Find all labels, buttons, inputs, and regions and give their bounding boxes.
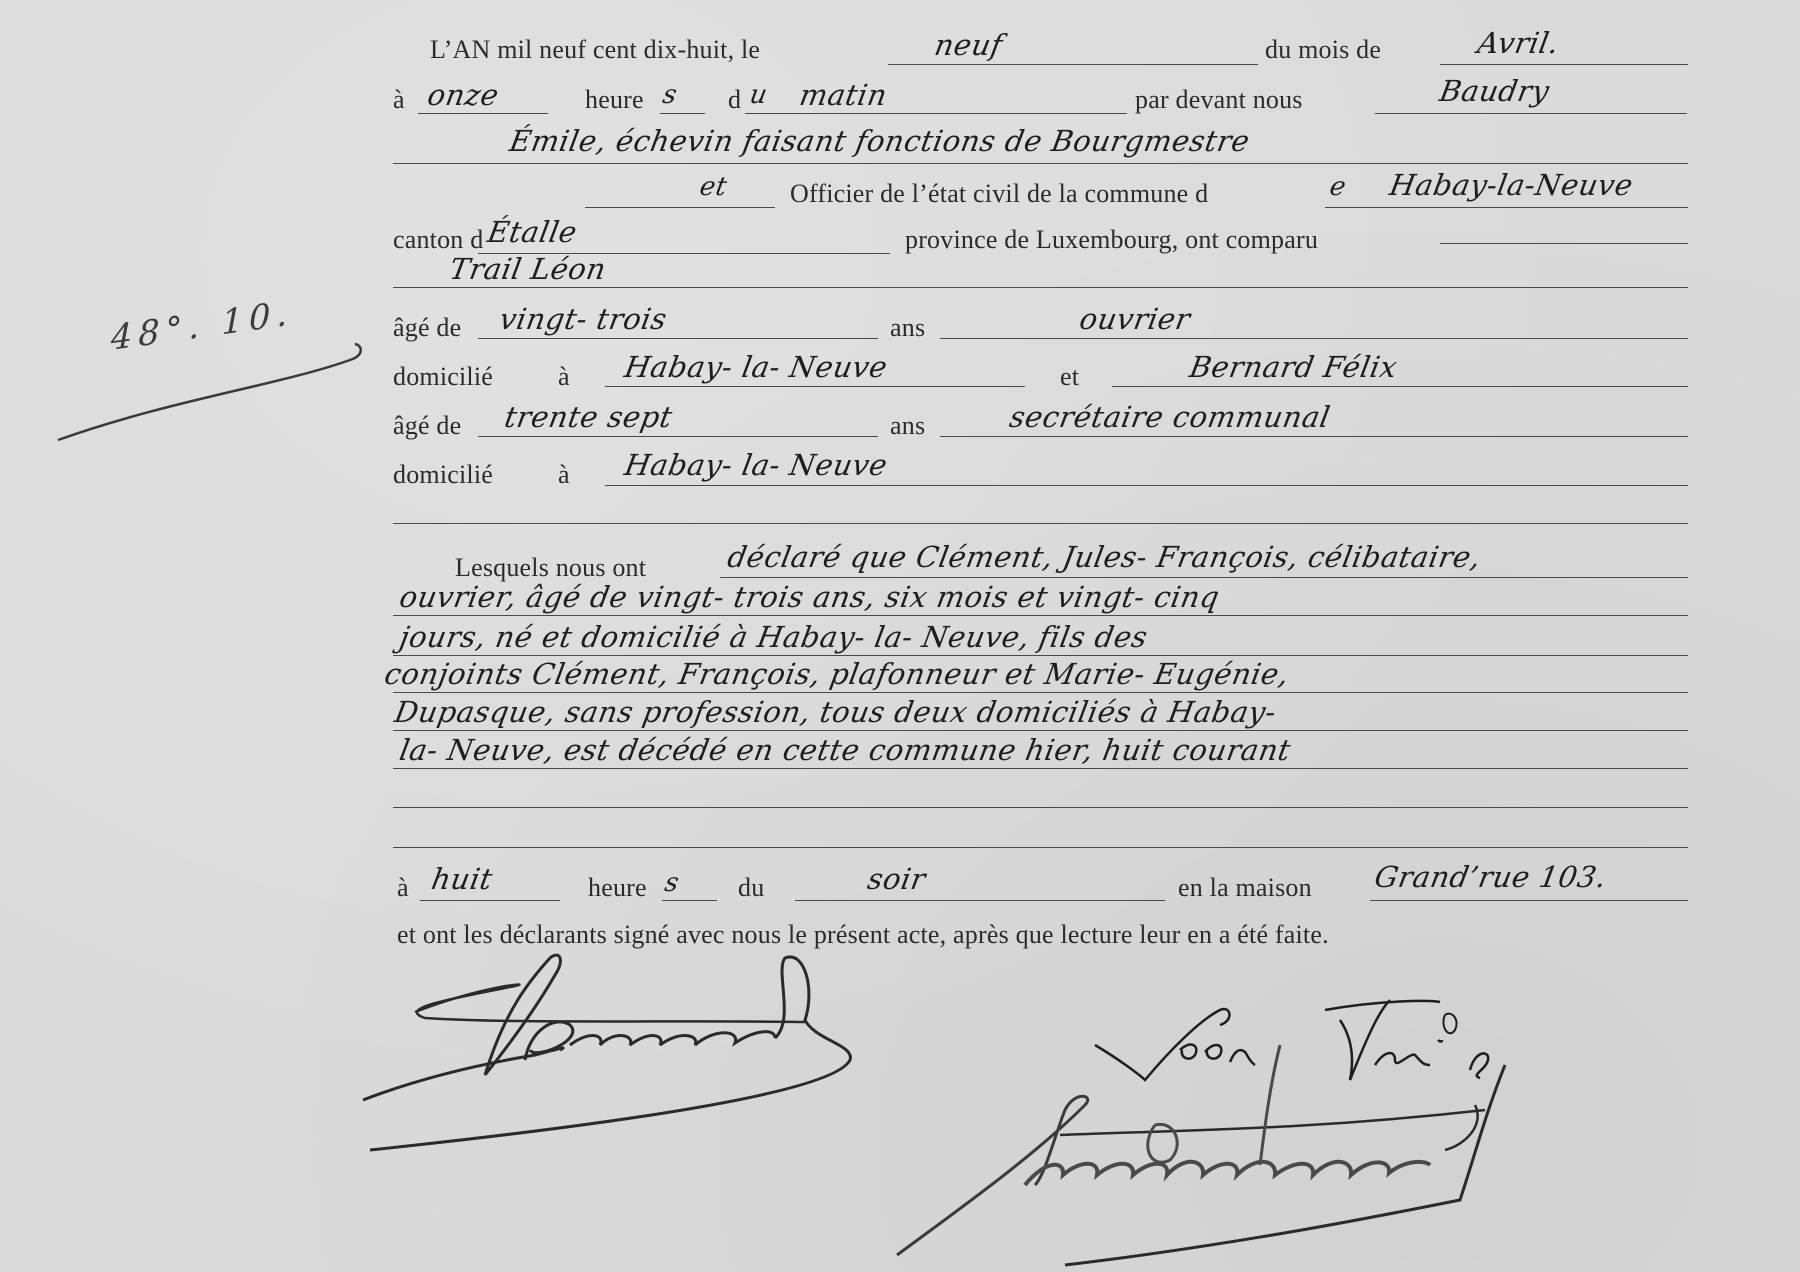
field-period: matin [797, 78, 890, 112]
field-death-house: Grand’rue 103. [1372, 860, 1609, 894]
closing-statement: et ont les déclarants signé avec nous le… [397, 915, 1329, 955]
declaration-line-5: Dupasque, sans profession, tous deux dom… [392, 695, 1279, 729]
field-declarant-1-name: Trail Léon [447, 252, 609, 286]
field-canton: Étalle [485, 215, 580, 249]
field-hour: onze [425, 78, 502, 112]
signature-baudry: Baudry [885, 1035, 1525, 1270]
declaration-line-6: la- Neuve, est décédé en cette commune h… [397, 733, 1293, 767]
civil-record-page: 48°. 10. L’AN mil neuf cent dix-huit, le… [0, 0, 1800, 1272]
declaration-line-2: ouvrier, âgé de vingt- trois ans, six mo… [397, 580, 1222, 614]
field-declarant-1-age: vingt- trois [497, 302, 670, 336]
field-day: neuf [932, 28, 1005, 62]
field-month: Avril. [1475, 26, 1562, 60]
field-death-period: soir [865, 862, 928, 896]
field-declarant-1-residence: Habay- la- Neuve [622, 350, 890, 384]
field-declarant-1-profession: ouvrier [1077, 302, 1193, 336]
field-declarant-2-residence: Habay- la- Neuve [622, 448, 890, 482]
field-officer-title: Émile, échevin faisant fonctions de Bour… [507, 124, 1252, 158]
field-declarant-2-profession: secrétaire communal [1007, 400, 1333, 434]
declaration-line-1: déclaré que Clément, Jules- François, cé… [725, 540, 1484, 574]
field-death-hour: huit [429, 862, 495, 896]
field-declarant-2-age: trente sept [502, 400, 675, 434]
field-declarant-2-name: Bernard Félix [1187, 350, 1400, 384]
field-commune: Habay-la-Neuve [1387, 168, 1636, 202]
margin-flourish [50, 330, 370, 450]
form-line-date: L’AN mil neuf cent dix-huit, le [430, 30, 760, 70]
declaration-line-4: conjoints Clément, François, plafonneur … [382, 657, 1292, 691]
declaration-line-3: jours, né et domicilié à Habay- la- Neuv… [397, 620, 1150, 654]
field-officer-surname: Baudry [1437, 74, 1552, 108]
signature-bernard: Bernard [355, 950, 895, 1170]
